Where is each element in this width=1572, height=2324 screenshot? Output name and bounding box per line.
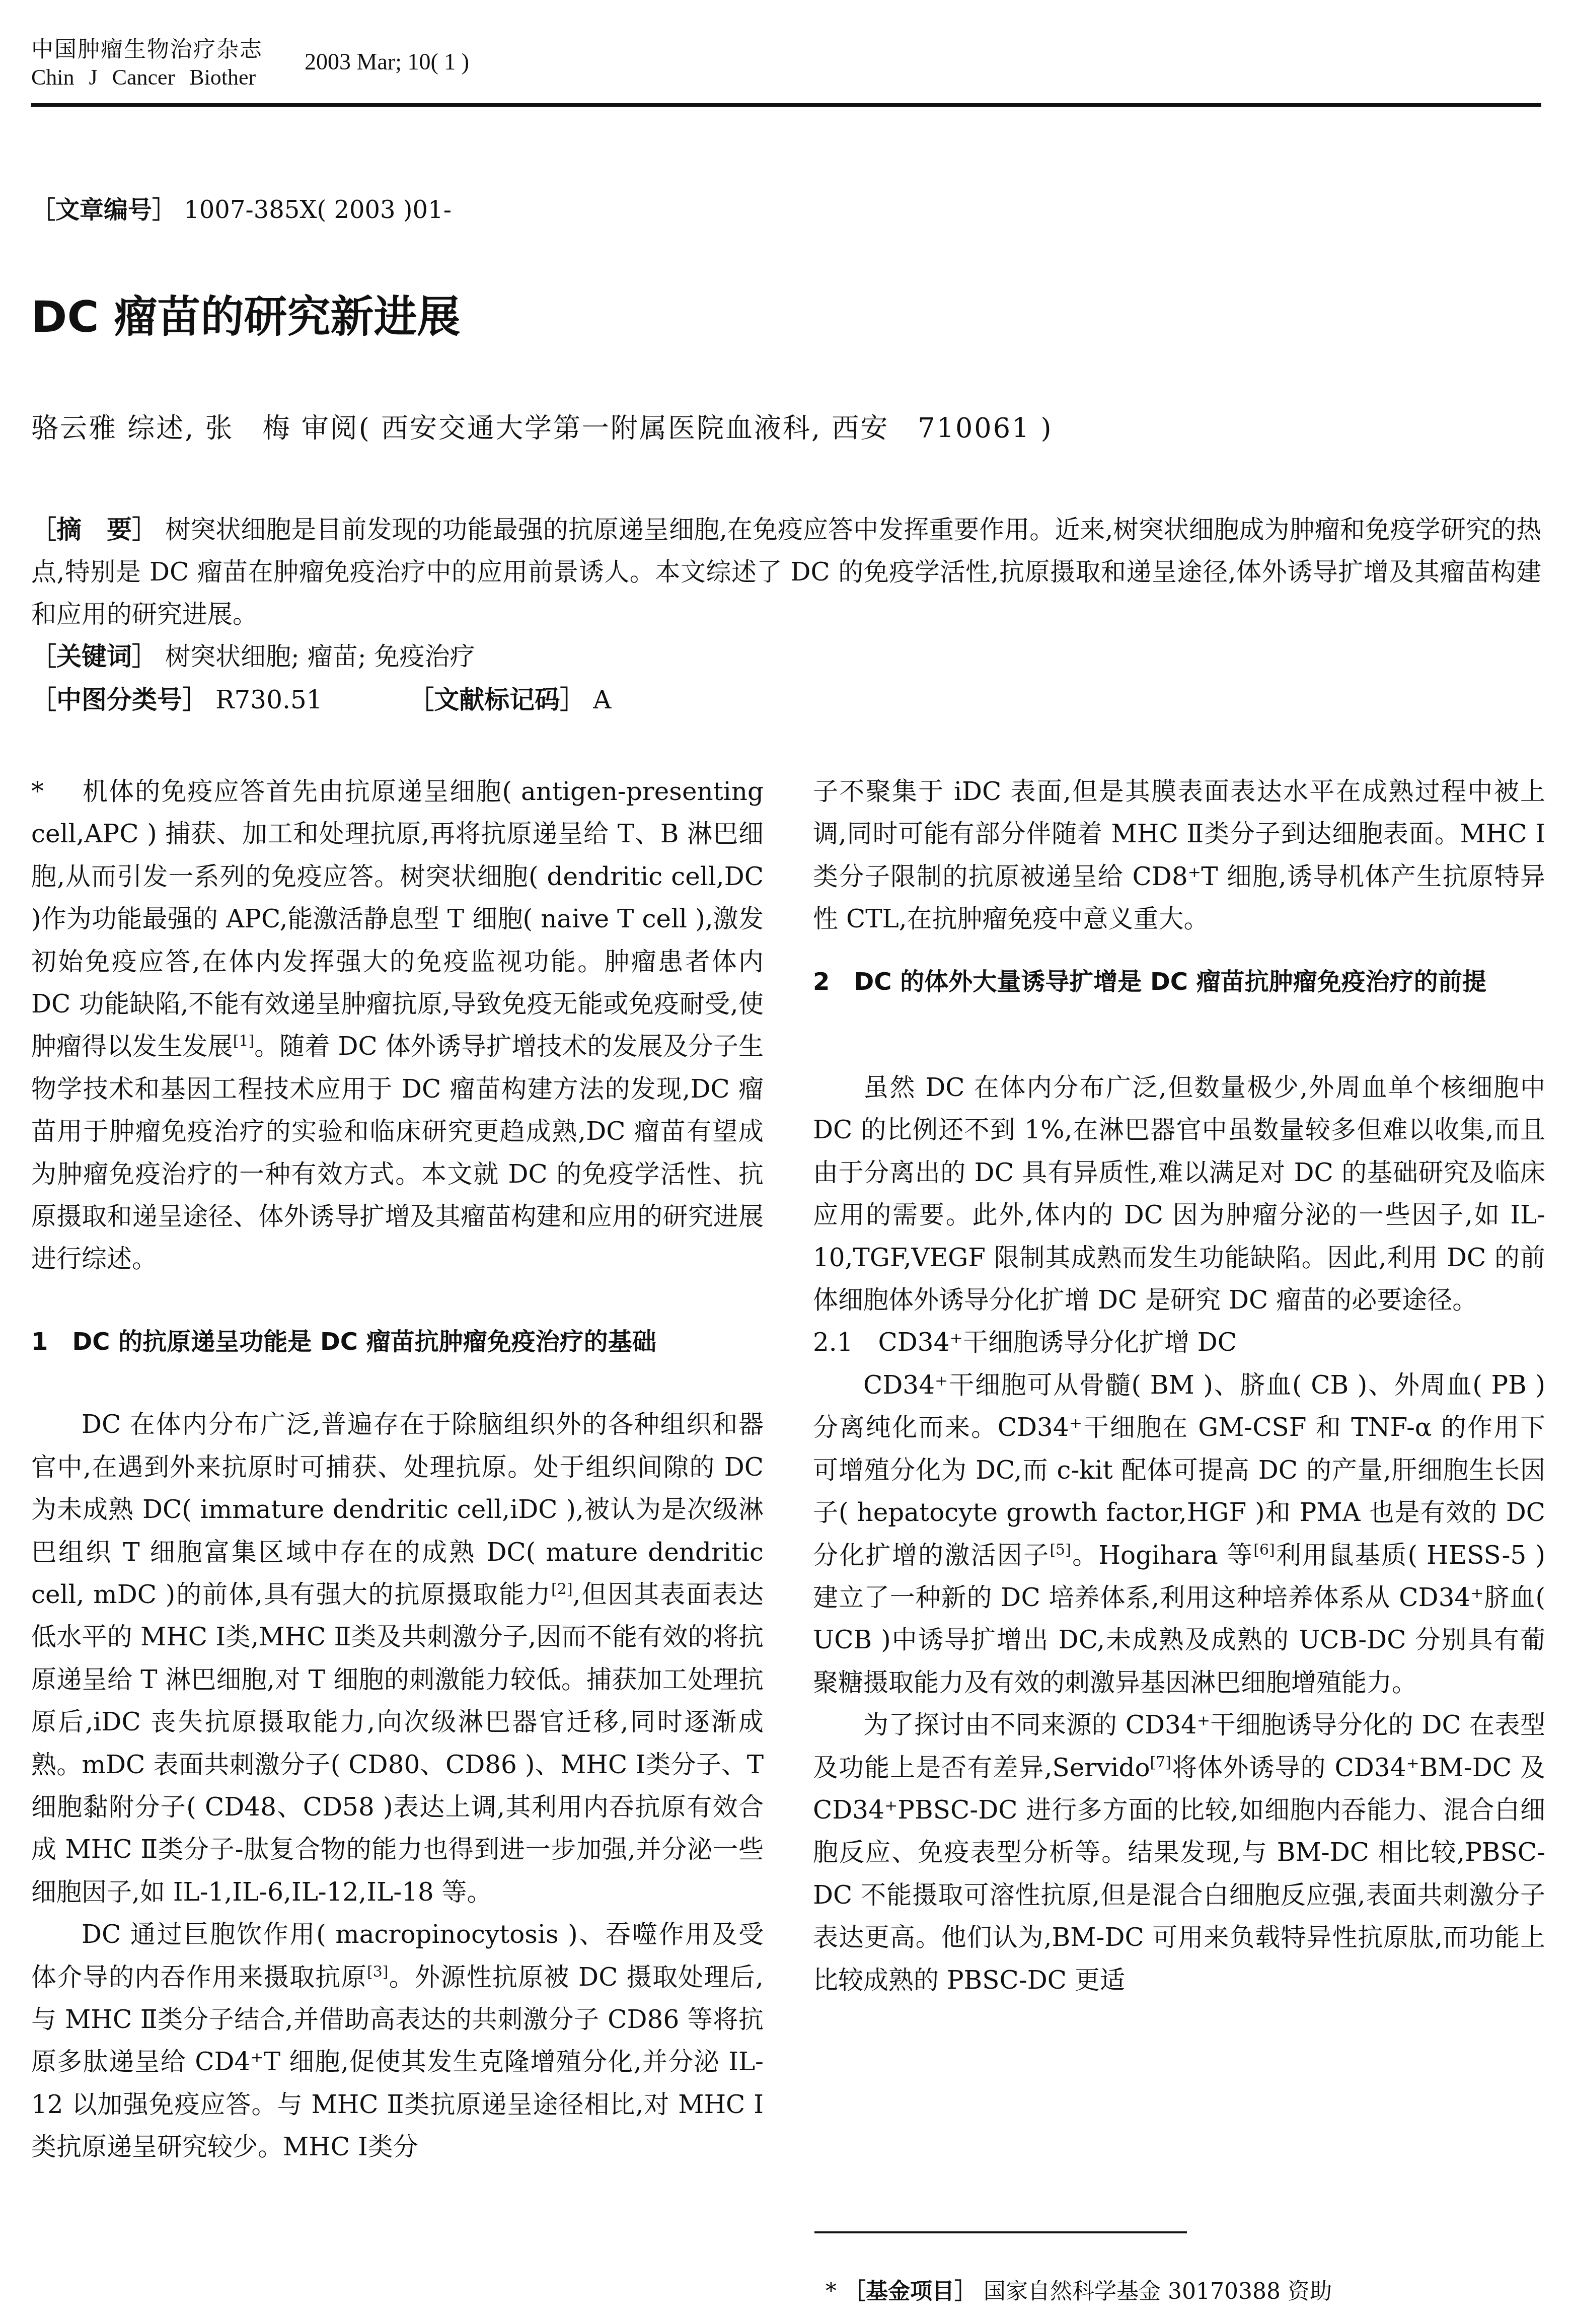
- article-number: ［文章编号］ 1007-385X( 2003 )01-: [31, 190, 452, 225]
- section-1-paragraph-2: DC 通过巨胞饮作用( macropinocytosis )、吞噬作用及受体介导…: [31, 1913, 764, 2168]
- funding-text: 国家自然科学基金 30170388 资助: [984, 2279, 1332, 2304]
- keywords: ［关键词］ 树突状细胞; 瘤苗; 免疫治疗: [31, 635, 475, 678]
- keywords-text: 树突状细胞; 瘤苗; 免疫治疗: [165, 642, 475, 671]
- citation-6[interactable]: [6]: [1253, 1541, 1275, 1559]
- clc-label: ［中图分类号］: [31, 685, 207, 714]
- continued-paragraph: 子不聚集于 iDC 表面,但是其膜表面表达水平在成熟过程中被上调,同时可能有部分…: [813, 770, 1545, 940]
- abstract: ［摘 要］ 树突状细胞是目前发现的功能最强的抗原递呈细胞,在免疫应答中发挥重要作…: [31, 509, 1541, 635]
- subsection-2-1-paragraph-2: 为了探讨由不同来源的 CD34⁺干细胞诱导分化的 DC 在表型及功能上是否有差异…: [813, 1704, 1545, 2001]
- citation-2[interactable]: [2]: [551, 1580, 573, 1598]
- authors-affiliation: 骆云雅 综述, 张 梅 审阅( 西安交通大学第一附属医院血液科, 西安 7100…: [31, 407, 1053, 446]
- article-number-value: 1007-385X( 2003 )01-: [184, 196, 452, 224]
- left-column: * 机体的免疫应答首先由抗原递呈细胞( antigen-presenting c…: [31, 770, 764, 2168]
- subsection-2-1-paragraph-1: CD34⁺干细胞可从骨髓( BM )、脐血( CB )、外周血( PB )分离纯…: [813, 1364, 1545, 1704]
- abstract-label: ［摘 要］: [31, 515, 157, 544]
- citation-1[interactable]: [1]: [233, 1033, 255, 1050]
- journal-name-cn: 中国肿瘤生物治疗杂志: [31, 31, 263, 63]
- article-number-label: ［文章编号］: [31, 196, 176, 224]
- doc-code-value: A: [593, 685, 611, 714]
- citation-7[interactable]: [7]: [1150, 1754, 1172, 1771]
- section-2-paragraph-1: 虽然 DC 在体内分布广泛,但数量极少,外周血单个核细胞中 DC 的比例还不到 …: [813, 1066, 1545, 1321]
- abstract-text: 树突状细胞是目前发现的功能最强的抗原递呈细胞,在免疫应答中发挥重要作用。近来,树…: [31, 515, 1541, 629]
- subsection-2-1-heading: 2.1 CD34⁺干细胞诱导分化扩增 DC: [813, 1321, 1545, 1363]
- section-1-paragraph-1: DC 在体内分布广泛,普遍存在于除脑组织外的各种组织和器官中,在遇到外来抗原时可…: [31, 1403, 764, 1913]
- journal-name-en: Chin J Cancer Biother: [31, 64, 256, 90]
- doc-code-label: ［文献标记码］: [409, 685, 585, 714]
- classification: ［中图分类号］ R730.51 ［文献标记码］ A: [31, 679, 611, 721]
- footnote-marker: *: [31, 777, 44, 806]
- footnote-rule: [814, 2231, 1187, 2233]
- citation-3[interactable]: [3]: [367, 1963, 389, 1981]
- funding-label: ［基金项目］: [844, 2279, 977, 2304]
- footnote-asterisk: *: [826, 2279, 837, 2304]
- section-1-heading: 1 DC 的抗原递呈功能是 DC 瘤苗抗肿瘤免疫治疗的基础: [31, 1321, 764, 1363]
- header-rule: [31, 103, 1541, 107]
- clc-value: R730.51: [215, 685, 323, 714]
- journal-issue: 2003 Mar; 10( 1 ): [305, 48, 469, 75]
- citation-5[interactable]: [5]: [1050, 1541, 1071, 1559]
- article-title: DC 瘤苗的研究新进展: [31, 282, 460, 344]
- keywords-label: ［关键词］: [31, 642, 157, 671]
- right-column: 子不聚集于 iDC 表面,但是其膜表面表达水平在成熟过程中被上调,同时可能有部分…: [813, 770, 1545, 2001]
- intro-paragraph: * 机体的免疫应答首先由抗原递呈细胞( antigen-presenting c…: [31, 770, 764, 1280]
- funding-footnote: * ［基金项目］ 国家自然科学基金 30170388 资助: [826, 2273, 1332, 2305]
- section-2-heading: 2 DC 的体外大量诱导扩增是 DC 瘤苗抗肿瘤免疫治疗的前提: [813, 961, 1545, 1003]
